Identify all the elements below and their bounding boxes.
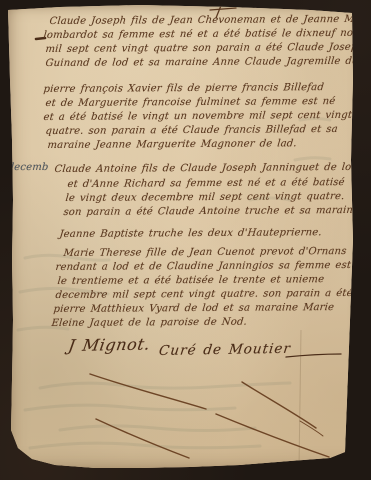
bleed-through — [0, 0, 371, 480]
margin-note: decemb — [7, 162, 49, 173]
manuscript-line: mil sept cent vingt quatre son parain a … — [45, 42, 365, 55]
manuscript-line: pierre Matthieux Vyard de lod et sa mara… — [53, 302, 335, 315]
pen-flourish-strokes — [90, 374, 329, 458]
manuscript-line: rendant a lod et de Claudine Janningios … — [55, 260, 371, 273]
scanned-document: Claude Joseph fils de Jean Chevoneman et… — [0, 0, 371, 480]
manuscript-page: Claude Joseph fils de Jean Chevoneman et… — [0, 0, 371, 480]
manuscript-line: le trentieme et a été batisée le trente … — [57, 274, 325, 287]
manuscript-line: decembre mil sept cent vingt quatre. son… — [55, 288, 353, 301]
signature-underline — [286, 354, 341, 357]
manuscript-line: Claude Antoine fils de Claude Joseph Jan… — [54, 162, 359, 175]
signature-title: Curé de Moutier — [158, 341, 292, 359]
manuscript-line: son parain a été Claude Antoine truche e… — [63, 205, 360, 218]
manuscript-line: pierre françois Xavier fils de pierre fr… — [43, 82, 325, 95]
ink-marks — [0, 0, 371, 480]
manuscript-line: Claude Joseph fils de Jean Chevoneman et… — [49, 14, 371, 27]
manuscript-line: et a été batisé le vingt un novembre mil… — [43, 110, 353, 123]
manuscript-line: Eleine Jaquet de la paroise de Nod. — [51, 317, 248, 329]
manuscript-line: Marie Therese fille de Jean Cuenot prevo… — [63, 246, 347, 259]
manuscript-line: lombardot sa femme est né et a été batis… — [43, 28, 371, 41]
manuscript-line: Jeanne Baptiste truche les deux d'Hautep… — [59, 227, 322, 240]
manuscript-line: maraine Jeanne Marguerite Magnoner de la… — [47, 138, 297, 151]
paper-crease — [299, 330, 301, 468]
manuscript-line: et d'Anne Richard sa femme est né et a é… — [67, 177, 345, 190]
manuscript-line: Guinand de lod et sa maraine Anne Claude… — [45, 56, 371, 69]
manuscript-line: et de Marguerite francoise fulminet sa f… — [45, 96, 336, 109]
manuscript-line: quatre. son parain a été Claude francis … — [45, 124, 338, 137]
manuscript-line: le vingt deux decembre mil sept cent vin… — [65, 191, 345, 204]
signature-name: J Mignot. — [67, 335, 152, 355]
